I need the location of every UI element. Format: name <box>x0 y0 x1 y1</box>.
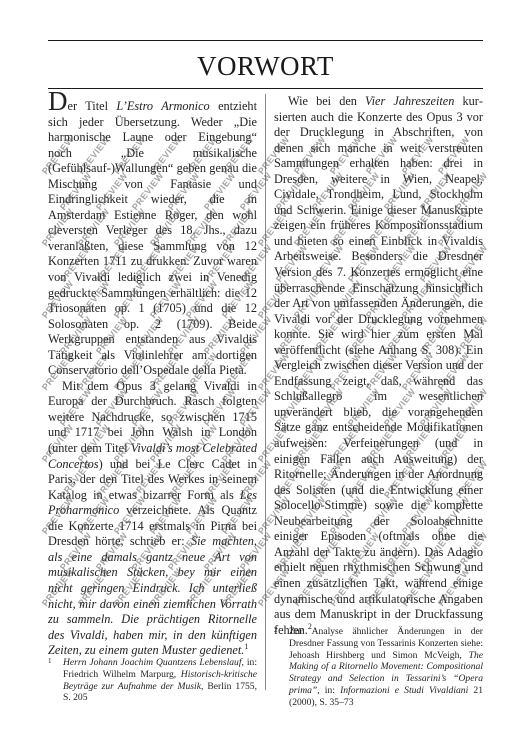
paragraph: Mit dem Opus 3 gelang Vivaldi in Europa … <box>48 379 257 659</box>
drop-cap: D <box>48 86 68 116</box>
paragraph: Wie bei den Vier Jahreszeiten kur­sierte… <box>274 94 483 638</box>
footnote-number: 1 <box>48 656 52 668</box>
footnote-number: 2 <box>274 625 278 637</box>
paragraph: Der Titel L’Estro Armonico entzieht sich… <box>48 94 257 379</box>
footnote-2: 2 Zur Analyse ähnlicher Änderungen in de… <box>274 626 483 709</box>
footnote-ref[interactable]: 1 <box>244 642 248 651</box>
right-column: Wie bei den Vier Jahreszeiten kur­sierte… <box>274 94 483 638</box>
top-rule <box>48 40 483 41</box>
footnote-1: 1 Herrn Johann Joachim Quantzens Lebensl… <box>48 657 257 704</box>
column-divider <box>265 94 266 690</box>
page-title: VORWORT <box>48 48 483 84</box>
left-column: Der Titel L’Estro Armonico entzieht sich… <box>48 94 257 659</box>
title-rule <box>48 88 483 89</box>
quantz-quote: Sie machten, als eine damals gantz neue … <box>48 534 257 657</box>
